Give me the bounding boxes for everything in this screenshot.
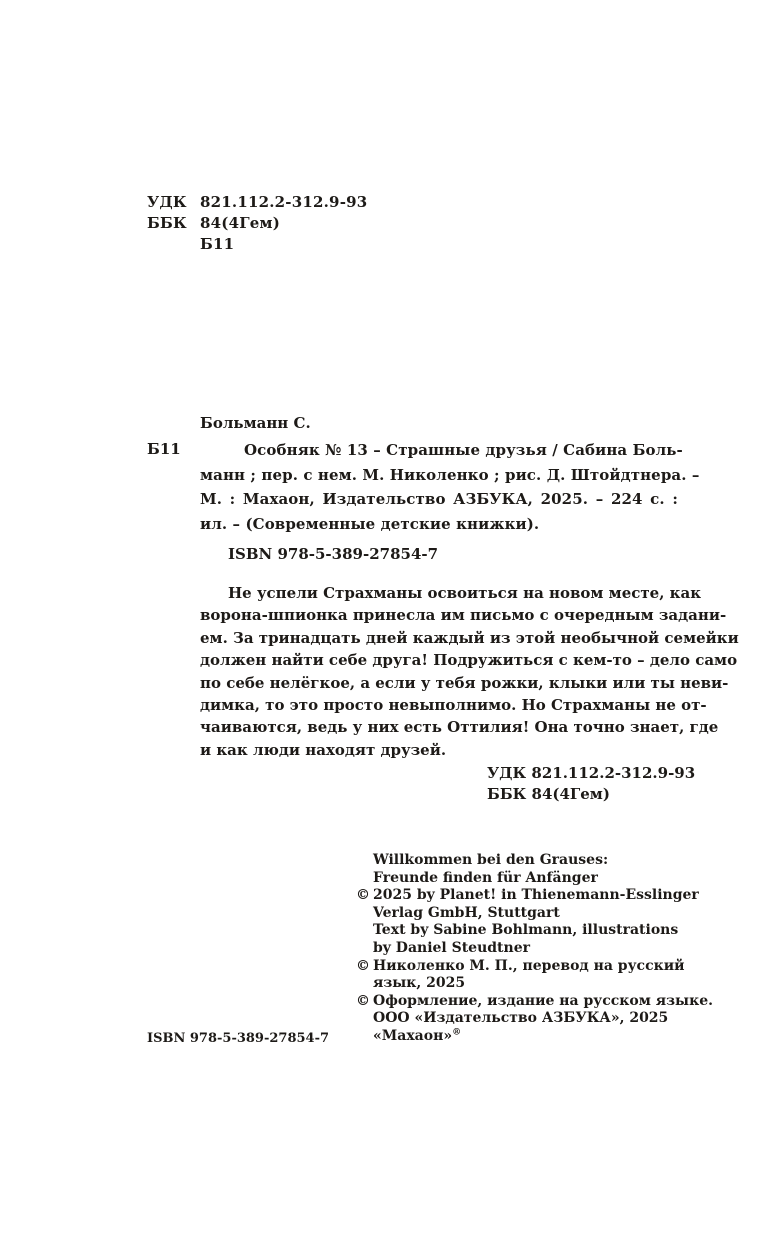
udk-bottom: УДК 821.112.2-312.9-93 [487,764,695,782]
bbk-label: ББК [147,214,187,232]
annotation-line: ем. За тринадцать дней каждый из этой не… [200,627,678,649]
copyright-icon: © [356,887,370,905]
copyright-line: Verlag GmbH, Stuttgart [373,905,696,923]
isbn-bottom: ISBN 978-5-389-27854-7 [147,1031,329,1046]
annotation-line: ворона-шпионка принесла им письмо с очер… [200,604,678,626]
brand-name: «Махаон» [373,1028,452,1044]
annotation-paragraph: Не успели Страхманы освоиться на новом м… [200,582,678,761]
original-title-line: Willkommen bei den Grauses: [373,852,696,870]
original-title-line: Freunde finden für Anfänger [373,870,696,888]
annotation-line: и как люди находят друзей. [200,739,678,761]
catalog-author-mark: Б11 [147,440,181,458]
copyright-original: © 2025 by Planet! in Thienemann-Esslinge… [356,887,696,957]
copyright-line: by Daniel Steudtner [373,940,696,958]
annotation-line: чаиваются, ведь у них есть Оттилия! Она … [200,716,678,738]
annotation-line: по себе нелёгкое, а если у тебя рожки, к… [200,672,678,694]
catalog-line: манн ; пер. с нем. М. Николенко ; рис. Д… [200,463,678,488]
annotation-line: димка, то это просто невыполнимо. Но Стр… [200,694,678,716]
bbk-bottom: ББК 84(4Гем) [487,785,610,803]
copyright-line: язык, 2025 [373,975,696,993]
copyright-line-brand: «Махаон»® [373,1028,696,1046]
copyright-line: ООО «Издательство АЗБУКА», 2025 [373,1010,696,1028]
udk-label: УДК [147,193,187,211]
catalog-author: Больманн С. [200,414,311,432]
registered-trademark-icon: ® [452,1027,461,1037]
copyright-line: Оформление, издание на русском языке. [373,993,696,1011]
copyright-icon: © [356,958,370,976]
copyright-line: 2025 by Planet! in Thienemann-Esslinger [373,887,696,905]
catalog-line: ил. – (Современные детские книжки). [200,512,678,537]
udk-value: 821.112.2-312.9-93 [200,193,367,211]
copyright-icon: © [356,993,370,1011]
copyright-line: Text by Sabine Bohlmann, illustrations [373,922,696,940]
annotation-line: Не успели Страхманы освоиться на новом м… [200,582,678,604]
catalog-line: Особняк № 13 – Страшные друзья / Сабина … [200,438,678,463]
copyright-block: Willkommen bei den Grauses: Freunde find… [356,852,696,1046]
copyright-translation: © Николенко М. П., перевод на русский яз… [356,958,696,993]
catalog-entry: Особняк № 13 – Страшные друзья / Сабина … [200,438,678,536]
bbk-value: 84(4Гем) [200,214,280,232]
isbn-main: ISBN 978-5-389-27854-7 [228,545,438,563]
catalog-line: М. : Махаон, Издательство АЗБУКА, 2025. … [200,487,678,512]
original-title: Willkommen bei den Grauses: Freunde find… [356,852,696,887]
author-mark-top: Б11 [200,235,234,253]
copyright-line: Николенко М. П., перевод на русский [373,958,696,976]
annotation-line: должен найти себе друга! Подружиться с к… [200,649,678,671]
copyright-edition: © Оформление, издание на русском языке. … [356,993,696,1046]
